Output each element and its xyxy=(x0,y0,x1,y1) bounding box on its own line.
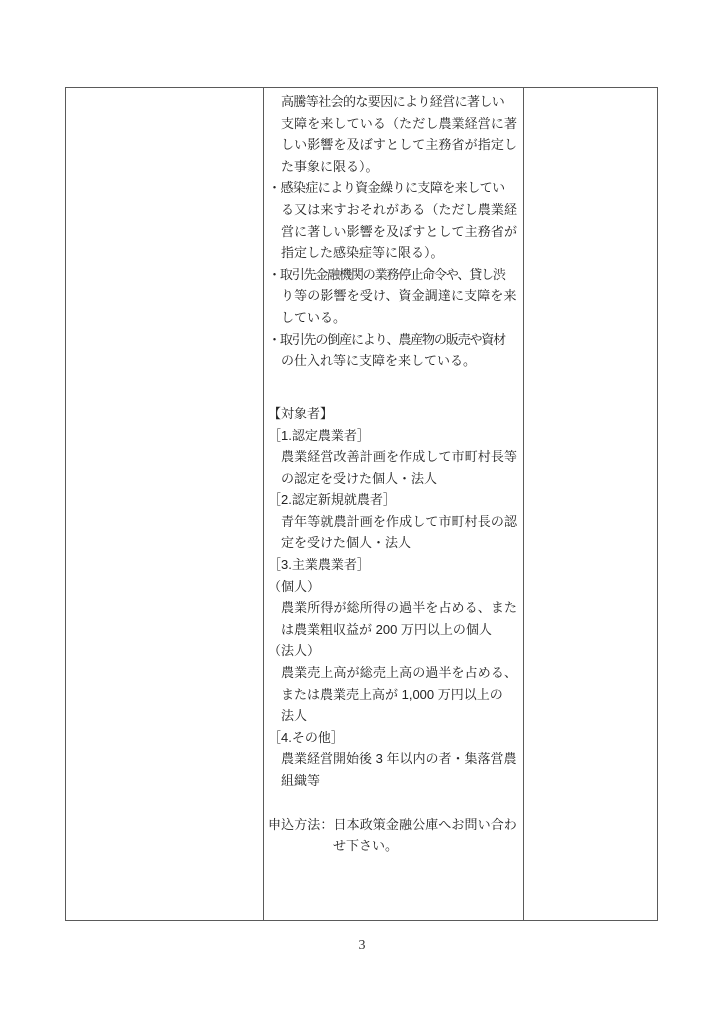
text-line: 法人 xyxy=(264,705,523,727)
text-line: せ下さい。 xyxy=(264,835,523,857)
text-line: は農業粗収益が 200 万円以上の個人 xyxy=(264,619,523,641)
text-line: た事象に限る）。 xyxy=(264,156,523,178)
blank-line-spacer xyxy=(264,792,523,814)
text-line: （個人） xyxy=(264,576,523,598)
list-heading-line: ［2.認定新規就農者］ xyxy=(264,489,523,511)
text-line: 申込方法：日本政策金融公庫へお問い合わ xyxy=(264,814,523,836)
bullet-text-line: ・取引先金融機関の業務停止命令や、貸し渋 xyxy=(264,264,523,286)
text-line: または農業売上高が 1,000 万円以上の xyxy=(264,684,523,706)
text-line: している。 xyxy=(264,307,523,329)
text-line: 農業経営開始後 3 年以内の者・集落営農 xyxy=(264,748,523,770)
bullet-text-line: ・取引先の倒産により、農産物の販売や資材 xyxy=(264,329,523,351)
text-line: 青年等就農計画を作成して市町村長の認 xyxy=(264,511,523,533)
text-line: 農業経営改善計画を作成して市町村長等 xyxy=(264,446,523,468)
text-line: 農業売上高が総売上高の過半を占める、 xyxy=(264,662,523,684)
list-heading-line: ［4.その他］ xyxy=(264,727,523,749)
text-line: 高騰等社会的な要因により経営に著しい xyxy=(264,91,523,113)
text-line: 営に著しい影響を及ぼすとして主務省が xyxy=(264,221,523,243)
bullet-text-line: ・感染症により資金繰りに支障を来してい xyxy=(264,177,523,199)
text-line: 定を受けた個人・法人 xyxy=(264,532,523,554)
middle-column-cell: 高騰等社会的な要因により経営に著しい 支障を来している（ただし農業経営に著 しい… xyxy=(264,88,524,920)
text-line: の認定を受けた個人・法人 xyxy=(264,468,523,490)
text-line: （法人） xyxy=(264,640,523,662)
content-table: 高騰等社会的な要因により経営に著しい 支障を来している（ただし農業経営に著 しい… xyxy=(65,87,658,921)
blank-line-spacer xyxy=(264,372,523,403)
text-line: 指定した感染症等に限る）。 xyxy=(264,242,523,264)
text-line: 組織等 xyxy=(264,770,523,792)
section-heading-line: 【対象者】 xyxy=(264,403,523,425)
right-column-cell xyxy=(524,88,657,920)
text-line: しい影響を及ぼすとして主務省が指定し xyxy=(264,134,523,156)
text-line: 農業所得が総所得の過半を占める、また xyxy=(264,597,523,619)
text-line: る又は来すおそれがある（ただし農業経 xyxy=(264,199,523,221)
text-line: の仕入れ等に支障を来している。 xyxy=(264,350,523,372)
page-number: 3 xyxy=(0,938,724,954)
text-line: 支障を来している（ただし農業経営に著 xyxy=(264,113,523,135)
left-column-cell xyxy=(66,88,264,920)
list-heading-line: ［1.認定農業者］ xyxy=(264,425,523,447)
list-heading-line: ［3.主業農業者］ xyxy=(264,554,523,576)
text-line: り等の影響を受け、資金調達に支障を来 xyxy=(264,285,523,307)
